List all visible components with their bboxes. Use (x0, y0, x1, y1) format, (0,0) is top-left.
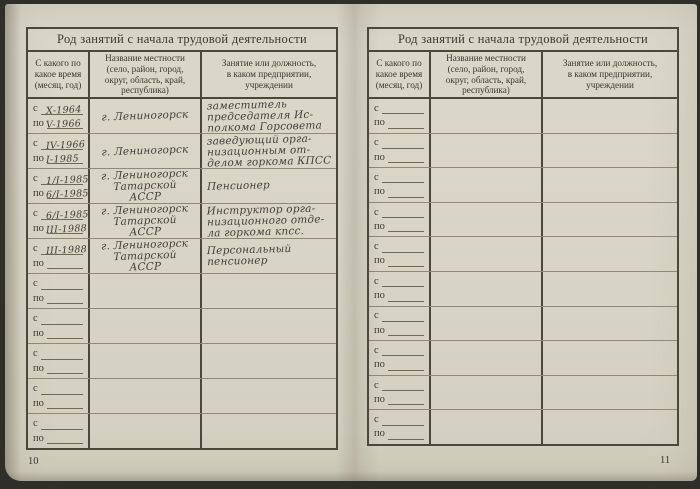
locality-cell (431, 168, 543, 202)
occupation-cell (543, 376, 677, 410)
from-label: с (33, 419, 38, 431)
table-row: с по (369, 237, 677, 272)
to-line: по (374, 219, 425, 233)
handwritten-locality (431, 391, 541, 395)
to-label: по (374, 291, 385, 303)
right-page: Род занятий с начала трудовой деятельнос… (352, 4, 697, 481)
from-rule-line (41, 429, 83, 430)
locality-cell (431, 134, 543, 168)
occupation-cell (543, 203, 677, 237)
locality-cell (90, 344, 202, 378)
handwritten-occupation: Инструктор орга- низационного отде- ла г… (207, 203, 325, 239)
from-line: с IV-1966 (33, 136, 84, 151)
to-line: по 6/I-1985 (33, 186, 84, 201)
handwritten-locality (90, 289, 200, 293)
to-rule-line (388, 439, 424, 440)
handwritten-locality (431, 183, 541, 187)
from-label: с (374, 415, 379, 427)
occupation-cell (202, 274, 336, 308)
from-label: с (374, 173, 379, 185)
occupation-cell (202, 414, 336, 448)
handwritten-from-date: III-1988 (46, 244, 87, 257)
from-rule-line (41, 394, 83, 395)
from-rule-line (41, 324, 83, 325)
to-line: по (374, 288, 425, 302)
handwritten-locality: г. Лениногорск Татарской АССР (89, 203, 200, 240)
from-line: с (374, 101, 425, 115)
to-rule-line (388, 301, 424, 302)
table-row: с по (369, 272, 677, 307)
handwritten-to-date: III-1988 (46, 223, 87, 236)
to-line: по (33, 396, 84, 411)
to-line: по (374, 323, 425, 337)
occupation-table-right: Род занятий с начала трудовой деятельнос… (367, 27, 679, 446)
column-header-occupation: Занятие или должность, в каком предприят… (202, 52, 336, 97)
locality-cell (90, 309, 202, 343)
from-rule-line (382, 425, 424, 426)
from-rule-line (382, 321, 424, 322)
to-label: по (33, 189, 44, 201)
handwritten-to-date: V-1966 (46, 118, 82, 131)
column-header-locality: Название местности (село, район, город, … (431, 52, 543, 97)
handwritten-from-date: X-1964 (46, 104, 82, 117)
handwritten-from-date: 6/I-1985 (46, 209, 89, 222)
from-label: с (33, 209, 38, 221)
to-label: по (374, 118, 385, 130)
from-line: с (374, 274, 425, 288)
to-rule-line (388, 335, 424, 336)
from-line: с (374, 343, 425, 357)
work-record-book: Род занятий с начала трудовой деятельнос… (5, 4, 697, 481)
occupation-cell (543, 307, 677, 341)
to-rule-line (47, 268, 83, 269)
locality-cell: г. Лениногорск Татарской АССР (90, 169, 202, 203)
table-row: с по (369, 99, 677, 134)
table-row: с по (369, 203, 677, 238)
to-rule-line (388, 162, 424, 163)
handwritten-occupation: заведующий орга- низационным от- делом г… (207, 133, 332, 169)
column-header-locality: Название местности (село, район, город, … (90, 52, 202, 97)
occupation-cell (202, 379, 336, 413)
from-line: с (33, 381, 84, 396)
locality-cell (431, 341, 543, 375)
table-row: с по (369, 168, 677, 203)
period-cell: с по (369, 168, 431, 202)
table-header-row: С какого по какое время (месяц, год) Наз… (28, 52, 336, 99)
table-row: с IV-1966 по I-1985 г. Лениногорск завед… (28, 134, 336, 169)
from-line: с 6/I-1985 (33, 206, 84, 221)
period-cell: с по (369, 376, 431, 410)
from-rule-line (41, 359, 83, 360)
to-line: по I-1985 (33, 151, 84, 166)
to-label: по (33, 119, 44, 131)
to-label: по (374, 429, 385, 441)
locality-cell (431, 203, 543, 237)
period-cell: с по (369, 272, 431, 306)
from-rule-line (382, 182, 424, 183)
from-label: с (374, 277, 379, 289)
from-rule-line (382, 217, 424, 218)
period-cell: с по (28, 379, 90, 413)
handwritten-locality (431, 114, 541, 118)
from-label: с (374, 381, 379, 393)
to-label: по (33, 434, 44, 446)
to-label: по (374, 153, 385, 165)
from-rule-line (382, 355, 424, 356)
from-line: с (374, 412, 425, 426)
period-cell: с по (28, 414, 90, 448)
from-label: с (33, 174, 38, 186)
occupation-cell (202, 344, 336, 378)
from-line: с III-1988 (33, 241, 84, 256)
to-line: по (374, 427, 425, 441)
to-line: по (33, 291, 84, 306)
to-label: по (374, 187, 385, 199)
to-line: по (33, 361, 84, 376)
from-label: с (33, 279, 38, 291)
to-line: по (374, 254, 425, 268)
handwritten-locality (431, 356, 541, 360)
handwritten-locality (431, 287, 541, 291)
to-label: по (374, 326, 385, 338)
to-rule-line (388, 197, 424, 198)
to-rule-line (47, 303, 83, 304)
column-header-period: С какого по какое время (месяц, год) (369, 52, 431, 97)
handwritten-locality (431, 252, 541, 256)
to-rule-line (47, 408, 83, 409)
from-line: с (374, 378, 425, 392)
table-body: с по с по (369, 99, 677, 444)
from-label: с (374, 242, 379, 254)
handwritten-locality: г. Лениногорск Татарской АССР (89, 168, 200, 205)
period-cell: с 6/I-1985 по III-1988 (28, 204, 90, 238)
handwritten-from-date: 1/I-1985 (46, 174, 89, 187)
from-label: с (374, 346, 379, 358)
occupation-cell (543, 168, 677, 202)
locality-cell (431, 307, 543, 341)
from-line: с X-1964 (33, 101, 84, 116)
handwritten-to-date: 6/I-1985 (46, 188, 89, 201)
to-label: по (33, 364, 44, 376)
period-cell: с X-1964 по V-1966 (28, 99, 90, 133)
locality-cell (431, 410, 543, 444)
table-body: с X-1964 по V-1966 г. Лениногорск замест… (28, 99, 336, 448)
column-header-occupation: Занятие или должность, в каком предприят… (543, 52, 677, 97)
to-line: по (374, 150, 425, 164)
table-title: Род занятий с начала трудовой деятельнос… (28, 29, 336, 52)
from-line: с (374, 309, 425, 323)
to-label: по (33, 399, 44, 411)
from-rule-line (41, 289, 83, 290)
handwritten-to-date: I-1985 (46, 153, 79, 165)
from-line: с (374, 205, 425, 219)
page-number: 10 (28, 456, 39, 467)
table-row: с по (28, 344, 336, 379)
to-line: по (33, 256, 84, 271)
from-label: с (374, 138, 379, 150)
table-row: с по (369, 134, 677, 169)
occupation-table-left: Род занятий с начала трудовой деятельнос… (26, 27, 338, 450)
occupation-cell (543, 272, 677, 306)
to-line: по (374, 392, 425, 406)
period-cell: с по (369, 237, 431, 271)
handwritten-locality: г. Лениногорск Татарской АССР (89, 238, 200, 275)
locality-cell (431, 237, 543, 271)
period-cell: с по (28, 309, 90, 343)
to-rule-line (47, 373, 83, 374)
locality-cell (90, 274, 202, 308)
to-label: по (33, 329, 44, 341)
table-row: с X-1964 по V-1966 г. Лениногорск замест… (28, 99, 336, 134)
locality-cell (90, 414, 202, 448)
table-row: с 6/I-1985 по III-1988 г. Лениногорск Та… (28, 204, 336, 239)
table-row: с по (369, 341, 677, 376)
from-label: с (374, 311, 379, 323)
table-row: с по (369, 307, 677, 342)
to-label: по (374, 222, 385, 234)
to-label: по (33, 259, 44, 271)
from-line: с 1/I-1985 (33, 171, 84, 186)
occupation-cell: Персональный пенсионер (202, 239, 336, 273)
from-label: с (33, 139, 38, 151)
to-line: по (374, 115, 425, 129)
handwritten-occupation: Персональный пенсионер (207, 244, 292, 268)
from-line: с (33, 311, 84, 326)
handwritten-occupation: заместитель председателя Ис- полкома Гор… (207, 98, 323, 134)
occupation-cell: заведующий орга- низационным от- делом г… (202, 134, 336, 168)
period-cell: с IV-1966 по I-1985 (28, 134, 90, 168)
from-line: с (33, 346, 84, 361)
occupation-cell (543, 237, 677, 271)
from-line: с (33, 416, 84, 431)
occupation-cell: Пенсионер (202, 169, 336, 203)
from-rule-line (382, 113, 424, 114)
to-label: по (374, 360, 385, 372)
to-line: по (33, 326, 84, 341)
from-rule-line (382, 148, 424, 149)
from-line: с (33, 276, 84, 291)
locality-cell (90, 379, 202, 413)
period-cell: с по (369, 410, 431, 444)
to-rule-line (388, 128, 424, 129)
to-line: по (374, 357, 425, 371)
from-label: с (33, 314, 38, 326)
handwritten-locality (431, 218, 541, 222)
to-line: по (374, 184, 425, 198)
from-label: с (33, 104, 38, 116)
left-page: Род занятий с начала трудовой деятельнос… (5, 4, 352, 481)
to-rule-line (47, 443, 83, 444)
table-row: с по (28, 274, 336, 309)
handwritten-locality: г. Лениногорск (90, 144, 200, 159)
period-cell: с по (369, 307, 431, 341)
period-cell: с по (28, 274, 90, 308)
table-title: Род занятий с начала трудовой деятельнос… (369, 29, 677, 52)
period-cell: с по (369, 99, 431, 133)
locality-cell: г. Лениногорск (90, 99, 202, 133)
table-row: с по (28, 414, 336, 448)
locality-cell: г. Лениногорск Татарской АССР (90, 239, 202, 273)
to-rule-line (388, 266, 424, 267)
occupation-cell (543, 341, 677, 375)
period-cell: с III-1988 по (28, 239, 90, 273)
period-cell: с 1/I-1985 по 6/I-1985 (28, 169, 90, 203)
to-label: по (374, 256, 385, 268)
handwritten-locality (90, 359, 200, 363)
table-row: с по (369, 376, 677, 411)
to-line: по V-1966 (33, 116, 84, 131)
to-line: по III-1988 (33, 221, 84, 236)
from-line: с (374, 136, 425, 150)
locality-cell: г. Лениногорск Татарской АССР (90, 204, 202, 238)
locality-cell: г. Лениногорск (90, 134, 202, 168)
handwritten-locality: г. Лениногорск (90, 109, 200, 124)
to-rule-line (47, 338, 83, 339)
locality-cell (431, 376, 543, 410)
period-cell: с по (369, 203, 431, 237)
handwritten-locality (90, 324, 200, 328)
to-label: по (374, 395, 385, 407)
locality-cell (431, 99, 543, 133)
to-rule-line (388, 231, 424, 232)
occupation-cell: заместитель председателя Ис- полкома Гор… (202, 99, 336, 133)
table-header-row: С какого по какое время (месяц, год) Наз… (369, 52, 677, 99)
to-rule-line (388, 404, 424, 405)
from-label: с (33, 349, 38, 361)
table-row: с по (28, 309, 336, 344)
occupation-cell (202, 309, 336, 343)
scanned-work-record-photo: { "header": { "title": "Род занятий с на… (0, 0, 700, 489)
period-cell: с по (369, 341, 431, 375)
to-rule-line (388, 370, 424, 371)
to-label: по (33, 224, 44, 236)
from-label: с (33, 384, 38, 396)
from-label: с (374, 104, 379, 116)
handwritten-occupation: Пенсионер (207, 180, 270, 193)
handwritten-locality (431, 321, 541, 325)
table-row: с по (369, 410, 677, 444)
handwritten-locality (431, 425, 541, 429)
from-label: с (374, 208, 379, 220)
handwritten-locality (90, 394, 200, 398)
occupation-cell (543, 99, 677, 133)
from-rule-line (382, 252, 424, 253)
page-number: 11 (660, 455, 670, 466)
locality-cell (431, 272, 543, 306)
to-line: по (33, 431, 84, 446)
occupation-cell (543, 134, 677, 168)
from-label: с (33, 244, 38, 256)
table-row: с III-1988 по г. Лениногорск Татарской А… (28, 239, 336, 274)
handwritten-locality (431, 148, 541, 152)
to-label: по (33, 154, 44, 166)
from-line: с (374, 170, 425, 184)
occupation-cell (543, 410, 677, 444)
from-rule-line (382, 286, 424, 287)
table-row: с по (28, 379, 336, 414)
from-line: с (374, 239, 425, 253)
handwritten-locality (90, 429, 200, 433)
handwritten-from-date: IV-1966 (46, 139, 86, 152)
to-label: по (33, 294, 44, 306)
occupation-cell: Инструктор орга- низационного отде- ла г… (202, 204, 336, 238)
period-cell: с по (369, 134, 431, 168)
period-cell: с по (28, 344, 90, 378)
from-rule-line (382, 390, 424, 391)
table-row: с 1/I-1985 по 6/I-1985 г. Лениногорск Та… (28, 169, 336, 204)
column-header-period: С какого по какое время (месяц, год) (28, 52, 90, 97)
